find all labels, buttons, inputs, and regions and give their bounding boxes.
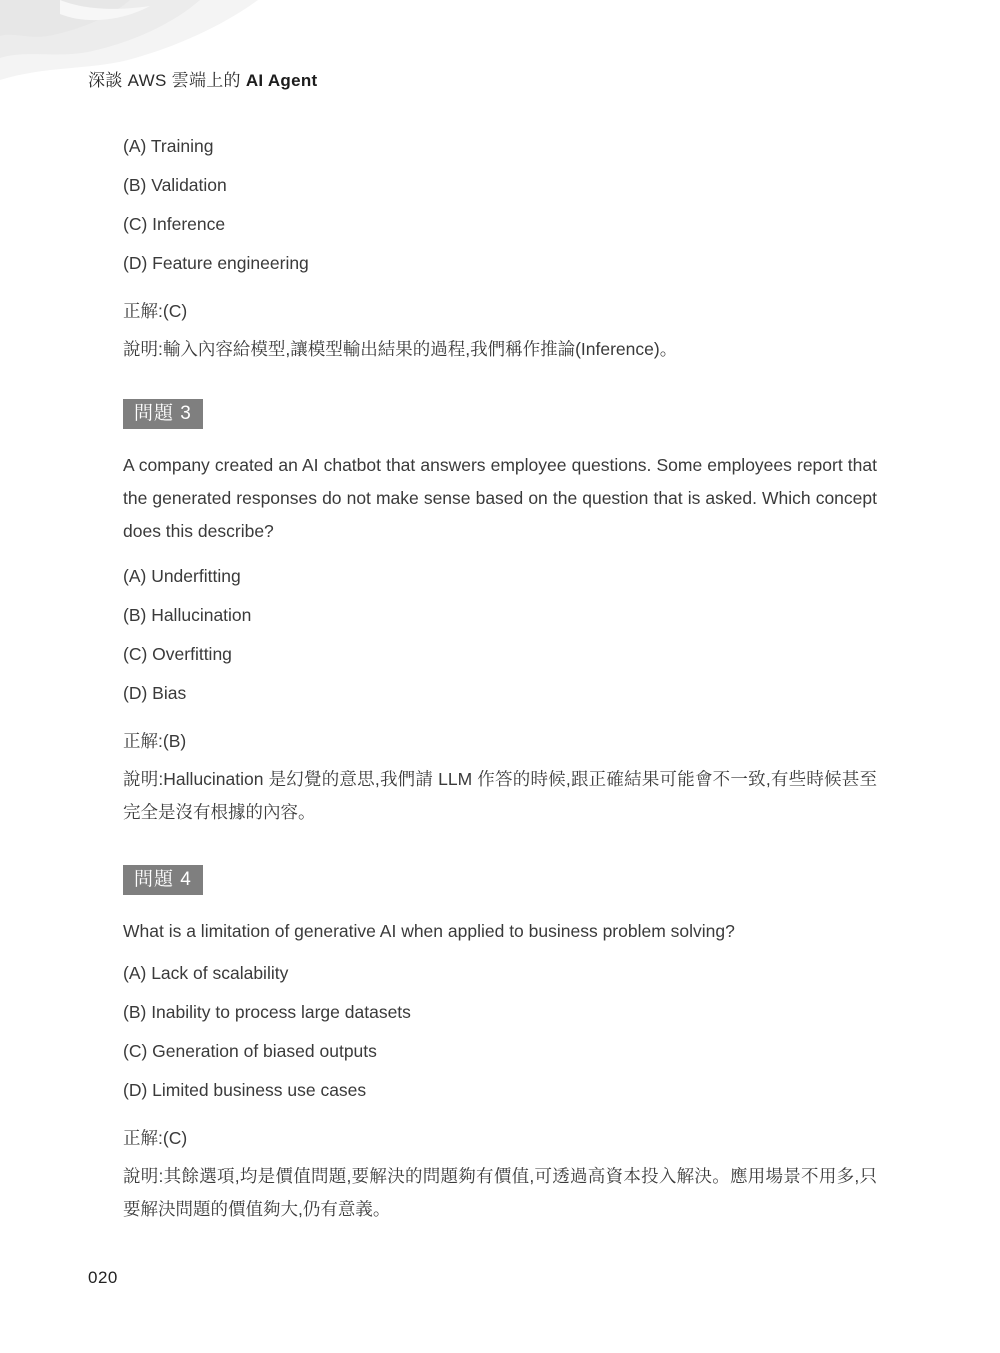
- answer-line: 正解:(C): [123, 302, 877, 320]
- option-c: (C) Inference: [123, 215, 877, 233]
- question-3-badge-row: 問題 3: [123, 399, 877, 429]
- question-3-options: (A) Underfitting (B) Hallucination (C) O…: [123, 567, 877, 702]
- question-2-section: (A) Training (B) Validation (C) Inferenc…: [123, 137, 877, 366]
- option-b: (B) Hallucination: [123, 606, 877, 624]
- option-b: (B) Inability to process large datasets: [123, 1003, 877, 1021]
- question-4-badge: 問題 4: [123, 865, 203, 895]
- option-d: (D) Bias: [123, 684, 877, 702]
- option-d: (D) Feature engineering: [123, 254, 877, 272]
- question-3-badge: 問題 3: [123, 399, 203, 429]
- option-a: (A) Lack of scalability: [123, 964, 877, 982]
- question-4-text: What is a limitation of generative AI wh…: [123, 915, 877, 948]
- option-a: (A) Training: [123, 137, 877, 155]
- explanation: 說明:輸入內容給模型,讓模型輸出結果的過程,我們稱作推論(Inference)。: [123, 333, 877, 366]
- option-c: (C) Generation of biased outputs: [123, 1042, 877, 1060]
- option-b: (B) Validation: [123, 176, 877, 194]
- question-2-options: (A) Training (B) Validation (C) Inferenc…: [123, 137, 877, 272]
- question-3-section: 問題 3 A company created an AI chatbot tha…: [123, 399, 877, 829]
- question-4-section: 問題 4 What is a limitation of generative …: [123, 865, 877, 1226]
- explanation: 說明:其餘選項,均是價值問題,要解決的問題夠有價值,可透過高資本投入解決。應用場…: [123, 1160, 877, 1226]
- question-3-text: A company created an AI chatbot that ans…: [123, 449, 877, 548]
- question-4-badge-row: 問題 4: [123, 865, 877, 895]
- question-4-options: (A) Lack of scalability (B) Inability to…: [123, 964, 877, 1099]
- answer-line: 正解:(B): [123, 732, 877, 750]
- page-number: 020: [88, 1268, 118, 1288]
- running-header: 深談 AWS 雲端上的AI Agent: [88, 70, 318, 92]
- option-d: (D) Limited business use cases: [123, 1081, 877, 1099]
- option-a: (A) Underfitting: [123, 567, 877, 585]
- running-header-title: 深談 AWS 雲端上的: [88, 71, 241, 90]
- answer-line: 正解:(C): [123, 1129, 877, 1147]
- page-content: (A) Training (B) Validation (C) Inferenc…: [123, 137, 877, 1226]
- book-page: 深談 AWS 雲端上的AI Agent (A) Training (B) Val…: [0, 0, 1000, 1353]
- option-c: (C) Overfitting: [123, 645, 877, 663]
- explanation: 說明:Hallucination 是幻覺的意思,我們請 LLM 作答的時候,跟正…: [123, 763, 877, 829]
- running-header-title-bold: AI Agent: [246, 71, 318, 90]
